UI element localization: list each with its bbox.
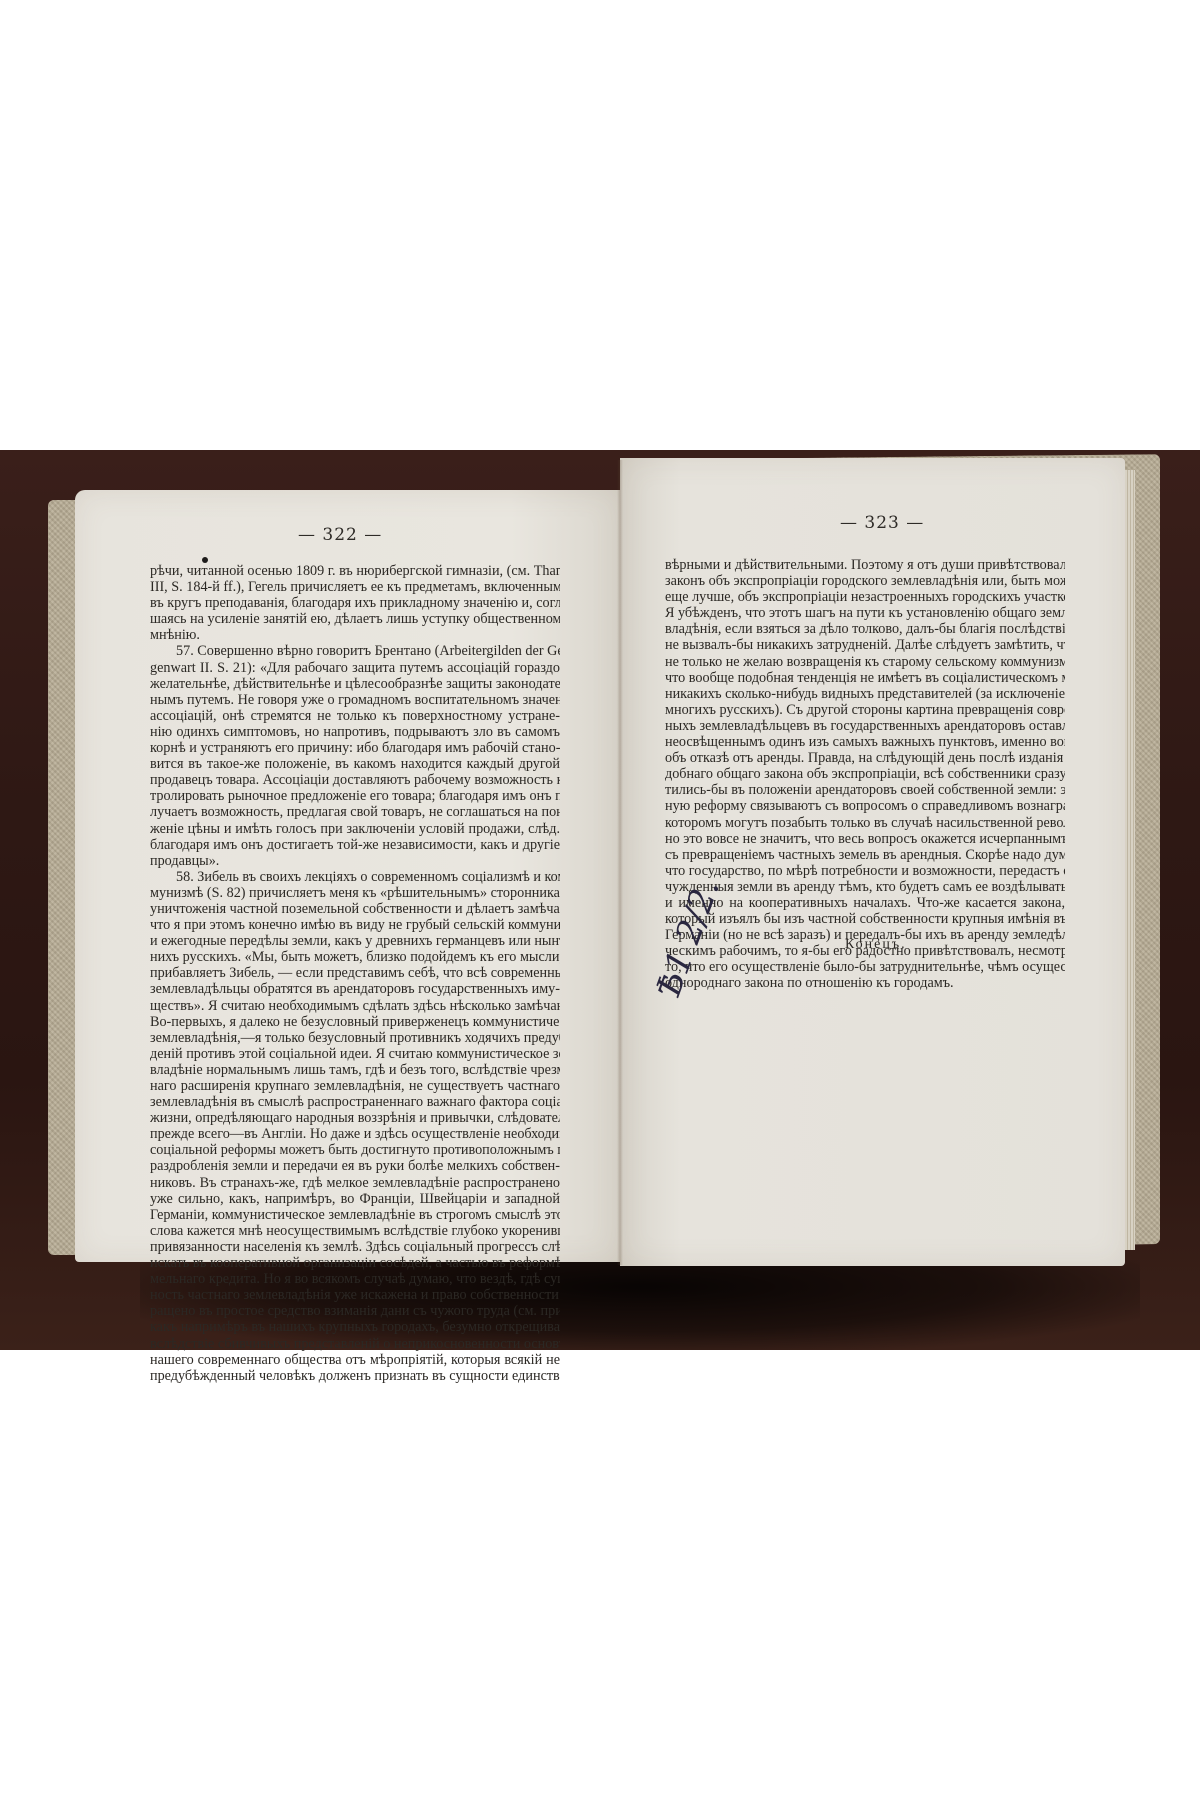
text-line: и ежегодные передѣлы земли, какъ у древн… [150, 933, 560, 949]
page-number-right: — 323 — [840, 513, 924, 533]
text-line: нихъ русскихъ. «Мы, быть можетъ, близко … [150, 949, 560, 965]
text-line: Во-первыхъ, я далеко не безусловный прив… [150, 1014, 560, 1030]
text-line: уничтоженія частной поземельной собствен… [150, 901, 560, 917]
text-line: шаясь на усиленіе занятій ею, дѣлаетъ ли… [150, 611, 560, 627]
page-number-left: — 322 — [298, 525, 382, 545]
text-line: наго расширенія крупнаго землевладѣнія, … [150, 1078, 560, 1094]
text-line: прибавляетъ Зибель, — если представимъ с… [150, 965, 560, 981]
right-page-body: вѣрными и дѣйствительными. Поэтому я отъ… [665, 557, 1065, 992]
text-line: что я при этомъ конечно имѣю въ виду не … [150, 917, 560, 933]
text-line: искать въ кооперативной организаціи сосѣ… [150, 1255, 560, 1271]
text-line: владѣніе нормальнымъ лишь тамъ, гдѣ и бе… [150, 1062, 560, 1078]
end-mark: Конецъ. [845, 937, 907, 953]
text-line: мельнаго кредита. Но я во всякомъ случаѣ… [150, 1271, 560, 1287]
text-line: но это вовсе не значитъ, что весь вопрос… [665, 831, 1065, 847]
text-line: землевладѣнія въ смыслѣ распространеннаг… [150, 1094, 560, 1110]
text-line: не вызвалъ-бы никакихъ затрудненій. Далѣ… [665, 637, 1065, 653]
text-line: который изъялъ бы изъ частной собственно… [665, 911, 1065, 927]
text-line: тролировать рыночное предложеніе его тов… [150, 788, 560, 804]
book-gutter [617, 460, 623, 1265]
text-line: никовъ. Въ странахъ-же, гдѣ мелкое земле… [150, 1175, 560, 1191]
text-line: которомъ могутъ позабыть только въ случа… [665, 815, 1065, 831]
text-line: ассоціацій, онѣ стремятся не только къ п… [150, 708, 560, 724]
text-line: никакихъ сколько-нибудь видныхъ представ… [665, 686, 1065, 702]
text-line: ность частнаго землевладѣнія уже искажен… [150, 1287, 560, 1303]
text-line: лучаетъ возможность, предлагая свой това… [150, 804, 560, 820]
text-line: владѣнія, если взяться за дѣло толково, … [665, 621, 1065, 637]
text-line: что государство, по мѣрѣ потребности и в… [665, 863, 1065, 879]
text-line: какъ напримѣръ въ нашихъ крупныхъ города… [150, 1319, 560, 1335]
text-line: рѣчи, читанной осенью 1809 г. въ нюрибер… [150, 563, 560, 579]
text-line: ществъ». Я считаю необходимымъ сдѣлать з… [150, 998, 560, 1014]
text-line: Германіи, коммунистическое землевладѣніе… [150, 1207, 560, 1223]
text-line: еще лучше, объ экспропріаціи незастроенн… [665, 589, 1065, 605]
page-edges [1125, 470, 1135, 1250]
text-line: 58. Зибель въ своихъ лекціяхъ о современ… [150, 869, 560, 885]
text-line: уже сильно, какъ, напримѣръ, во Франціи,… [150, 1191, 560, 1207]
text-line: соціальной реформы можетъ быть достигнут… [150, 1142, 560, 1158]
text-line: предубѣжденный человѣкъ долженъ признать… [150, 1368, 560, 1384]
text-line: genwart II. S. 21): «Для рабочаго защита… [150, 660, 560, 676]
text-line: ращено въ простое средство взиманія дани… [150, 1303, 560, 1319]
text-line: нію одинхъ симптомовъ, но напротивъ, под… [150, 724, 560, 740]
text-line: что вообще подобная тенденція не имѣетъ … [665, 670, 1065, 686]
text-line: прежде всего—въ Англіи. Но даже и здѣсь … [150, 1126, 560, 1142]
text-line: Я убѣжденъ, что этотъ шагъ на пути къ ус… [665, 605, 1065, 621]
text-line: деній противъ этой соціальной идеи. Я сч… [150, 1046, 560, 1062]
text-line: не только не желаю возвращенія къ старом… [665, 654, 1065, 670]
ink-spot [202, 557, 208, 563]
text-line: слова кажется мнѣ неосуществимымъ вслѣдс… [150, 1223, 560, 1239]
text-line: благодаря имъ онъ достигаетъ той-же неза… [150, 837, 560, 853]
text-line: ную реформу связываютъ съ вопросомъ о сп… [665, 798, 1065, 814]
text-line: мунизмѣ (S. 82) причисляетъ меня къ «рѣш… [150, 885, 560, 901]
text-line: женіе цѣны и имѣть голосъ при заключеніи… [150, 821, 560, 837]
text-line: и именно на кооперативныхъ началахъ. Что… [665, 895, 1065, 911]
text-line: 57. Совершенно вѣрно говоритъ Брентано (… [150, 643, 560, 659]
text-line: раздробленія земли и передачи ея въ руки… [150, 1158, 560, 1174]
text-line: корнѣ и устраняютъ его причину: ибо благ… [150, 740, 560, 756]
left-page-body: рѣчи, читанной осенью 1809 г. въ нюрибер… [150, 563, 560, 1384]
text-line: законъ объ экспропріаціи городского земл… [665, 573, 1065, 589]
text-line: въ кругъ преподаванія, благодаря ихъ при… [150, 595, 560, 611]
text-line: вслѣдствіе сбивчивыхъ представленій о не… [150, 1336, 560, 1352]
text-line: тились-бы въ положеніи арендаторовъ свое… [665, 782, 1065, 798]
text-line: неосвѣщеннымъ одинъ изъ самыхъ важныхъ п… [665, 734, 1065, 750]
text-line: многихъ русскихъ). Съ другой стороны кар… [665, 702, 1065, 718]
text-line: жизни, опредѣляющаго народныя воззрѣнія … [150, 1110, 560, 1126]
text-line: продавцы». [150, 853, 560, 869]
text-line: продавецъ товара. Ассоціаціи доставляютъ… [150, 772, 560, 788]
text-line: нашего современнаго общества отъ мѣропрі… [150, 1352, 560, 1368]
text-line: желательнѣе, дѣйствительнѣе и цѣлесообра… [150, 676, 560, 692]
text-line: съ превращеніемъ частныхъ земель въ арен… [665, 847, 1065, 863]
text-line: добнаго общаго закона объ экспропріаціи,… [665, 766, 1065, 782]
text-line: ныхъ землевладѣльцевъ въ государственных… [665, 718, 1065, 734]
text-line: землевладѣнія,—я только безусловный прот… [150, 1030, 560, 1046]
text-line: привязанности населенія къ землѣ. Здѣсь … [150, 1239, 560, 1255]
text-line: вится въ такое-же положеніе, въ какомъ н… [150, 756, 560, 772]
text-line: вѣрными и дѣйствительными. Поэтому я отъ… [665, 557, 1065, 573]
text-line: нымъ путемъ. Не говоря уже о громадномъ … [150, 692, 560, 708]
text-line: объ отказѣ отъ аренды. Правда, на слѣдую… [665, 750, 1065, 766]
text-line: то, что его осуществленіе было-бы затруд… [665, 959, 1065, 975]
text-line: землевладѣльцы обратятся въ арендаторовъ… [150, 981, 560, 997]
text-line: однороднаго закона по отношенію къ город… [665, 975, 1065, 991]
text-line: III, S. 184-й ff.), Гегель причисляетъ е… [150, 579, 560, 595]
text-line: мнѣнію. [150, 627, 560, 643]
